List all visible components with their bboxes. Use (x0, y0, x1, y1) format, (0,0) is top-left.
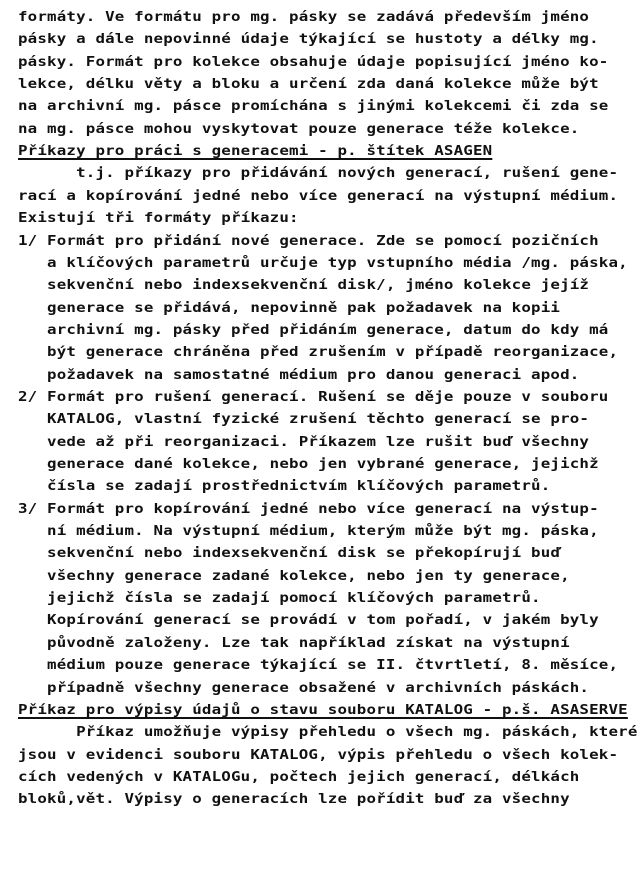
text-line: případně všechny generace obsažené v arc… (18, 679, 589, 697)
section-heading: Příkaz pro výpisy údajů o stavu souboru … (18, 701, 628, 719)
text-line: být generace chráněna před zrušením v př… (18, 343, 618, 361)
text-line: pásky a dále nepovinné údaje týkající se… (18, 30, 599, 48)
text-line: bloků,vět. Výpisy o generacích lze poříd… (18, 790, 570, 808)
text-line: jsou v evidenci souboru KATALOG, výpis p… (18, 746, 618, 764)
text-line: požadavek na samostatné médium pro danou… (18, 366, 579, 384)
text-line: ní médium. Na výstupní médium, kterým mů… (18, 522, 599, 540)
text-line: rací a kopírování jedné nebo více genera… (18, 187, 618, 205)
text-line: původně založeny. Lze tak například získ… (18, 634, 570, 652)
text-line: lekce, délku věty a bloku a určení zda d… (18, 75, 599, 93)
text-line: 3/ Formát pro kopírování jedné nebo více… (18, 500, 599, 518)
text-line: vede až při reorganizaci. Příkazem lze r… (18, 433, 589, 451)
text-line: 2/ Formát pro rušení generací. Rušení se… (18, 388, 608, 406)
text-line: čísla se zadají prostřednictvím klíčovýc… (18, 477, 550, 495)
scanned-document-page: formáty. Ve formátu pro mg. pásky se zad… (0, 0, 641, 873)
text-line: KATALOG, vlastní fyzické zrušení těchto … (18, 410, 589, 428)
text-line: sekvenční nebo indexsekvenční disk/, jmé… (18, 276, 589, 294)
text-line: formáty. Ve formátu pro mg. pásky se zad… (18, 8, 589, 26)
text-line: t.j. příkazy pro přidávání nových genera… (18, 164, 618, 182)
text-line: sekvenční nebo indexsekvenční disk se př… (18, 544, 560, 562)
text-line: na archivní mg. pásce promíchána s jiným… (18, 97, 608, 115)
section-heading: Příkazy pro práci s generacemi - p. štít… (18, 142, 492, 160)
text-line: všechny generace zadané kolekce, nebo je… (18, 567, 570, 585)
text-line: cích vedených v KATALOGu, počtech jejich… (18, 768, 579, 786)
text-line: archivní mg. pásky před přidáním generac… (18, 321, 608, 339)
text-line: a klíčových parametrů určuje typ vstupní… (18, 254, 628, 272)
text-line: 1/ Formát pro přidání nové generace. Zde… (18, 232, 599, 250)
text-line: generace dané kolekce, nebo jen vybrané … (18, 455, 599, 473)
text-line: generace se přidává, nepovinně pak požad… (18, 299, 560, 317)
text-line: jejichž čísla se zadají pomocí klíčových… (18, 589, 541, 607)
text-line: na mg. pásce mohou vyskytovat pouze gene… (18, 120, 579, 138)
text-line: pásky. Formát pro kolekce obsahuje údaje… (18, 53, 608, 71)
text-line: médium pouze generace týkající se II. čt… (18, 656, 618, 674)
text-line: Kopírování generací se provádí v tom poř… (18, 611, 599, 629)
text-line: Existují tři formáty příkazu: (18, 209, 299, 227)
text-line: Příkaz umožňuje výpisy přehledu o všech … (18, 723, 638, 741)
